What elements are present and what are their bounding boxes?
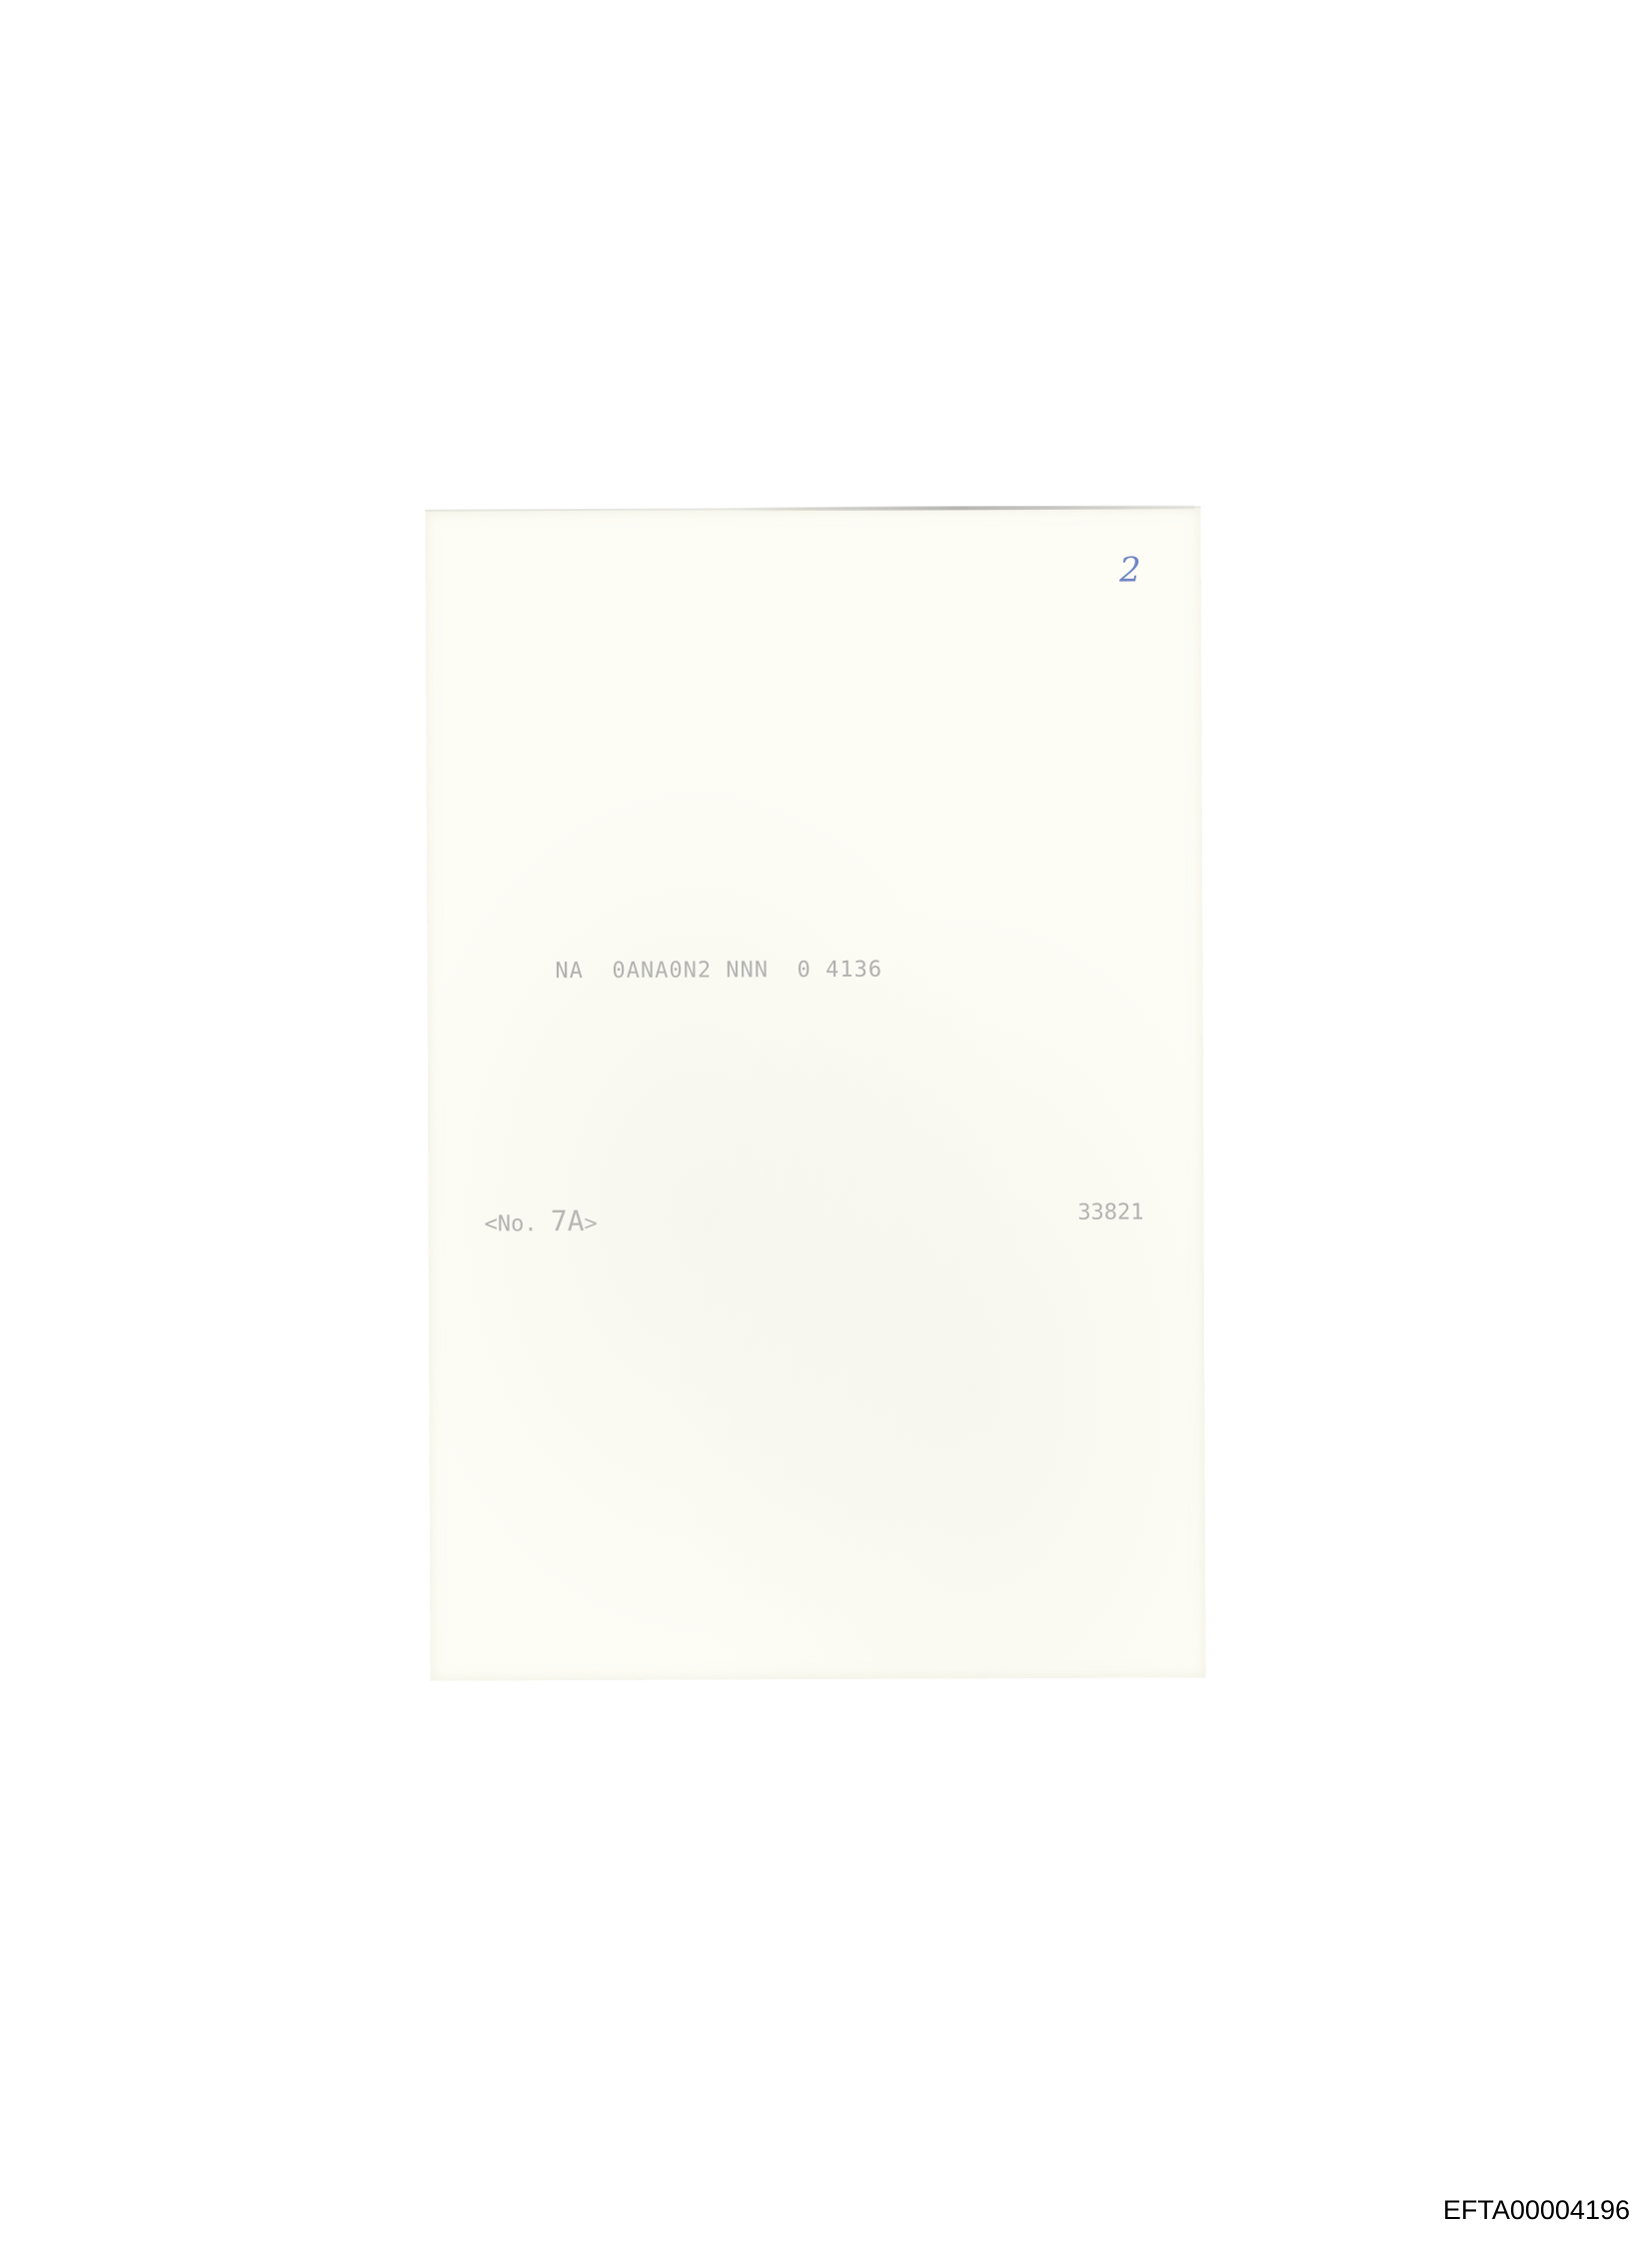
bates-number: EFTA00004196: [1443, 2195, 1630, 2226]
handwritten-page-number: 2: [1119, 551, 1141, 591]
print-serial: 33821: [1077, 1200, 1143, 1225]
number-label-prefix: <No.: [485, 1211, 551, 1236]
number-label: <No. 7A>: [484, 1204, 597, 1237]
number-label-value: 7A: [551, 1204, 585, 1237]
print-code: NA 0ANA0N2 NNN 0 4136: [555, 958, 882, 984]
photo-back-card: 2 NA 0ANA0N2 NNN 0 4136 <No. 7A> 33821: [425, 506, 1205, 1680]
number-label-suffix: >: [584, 1211, 597, 1236]
